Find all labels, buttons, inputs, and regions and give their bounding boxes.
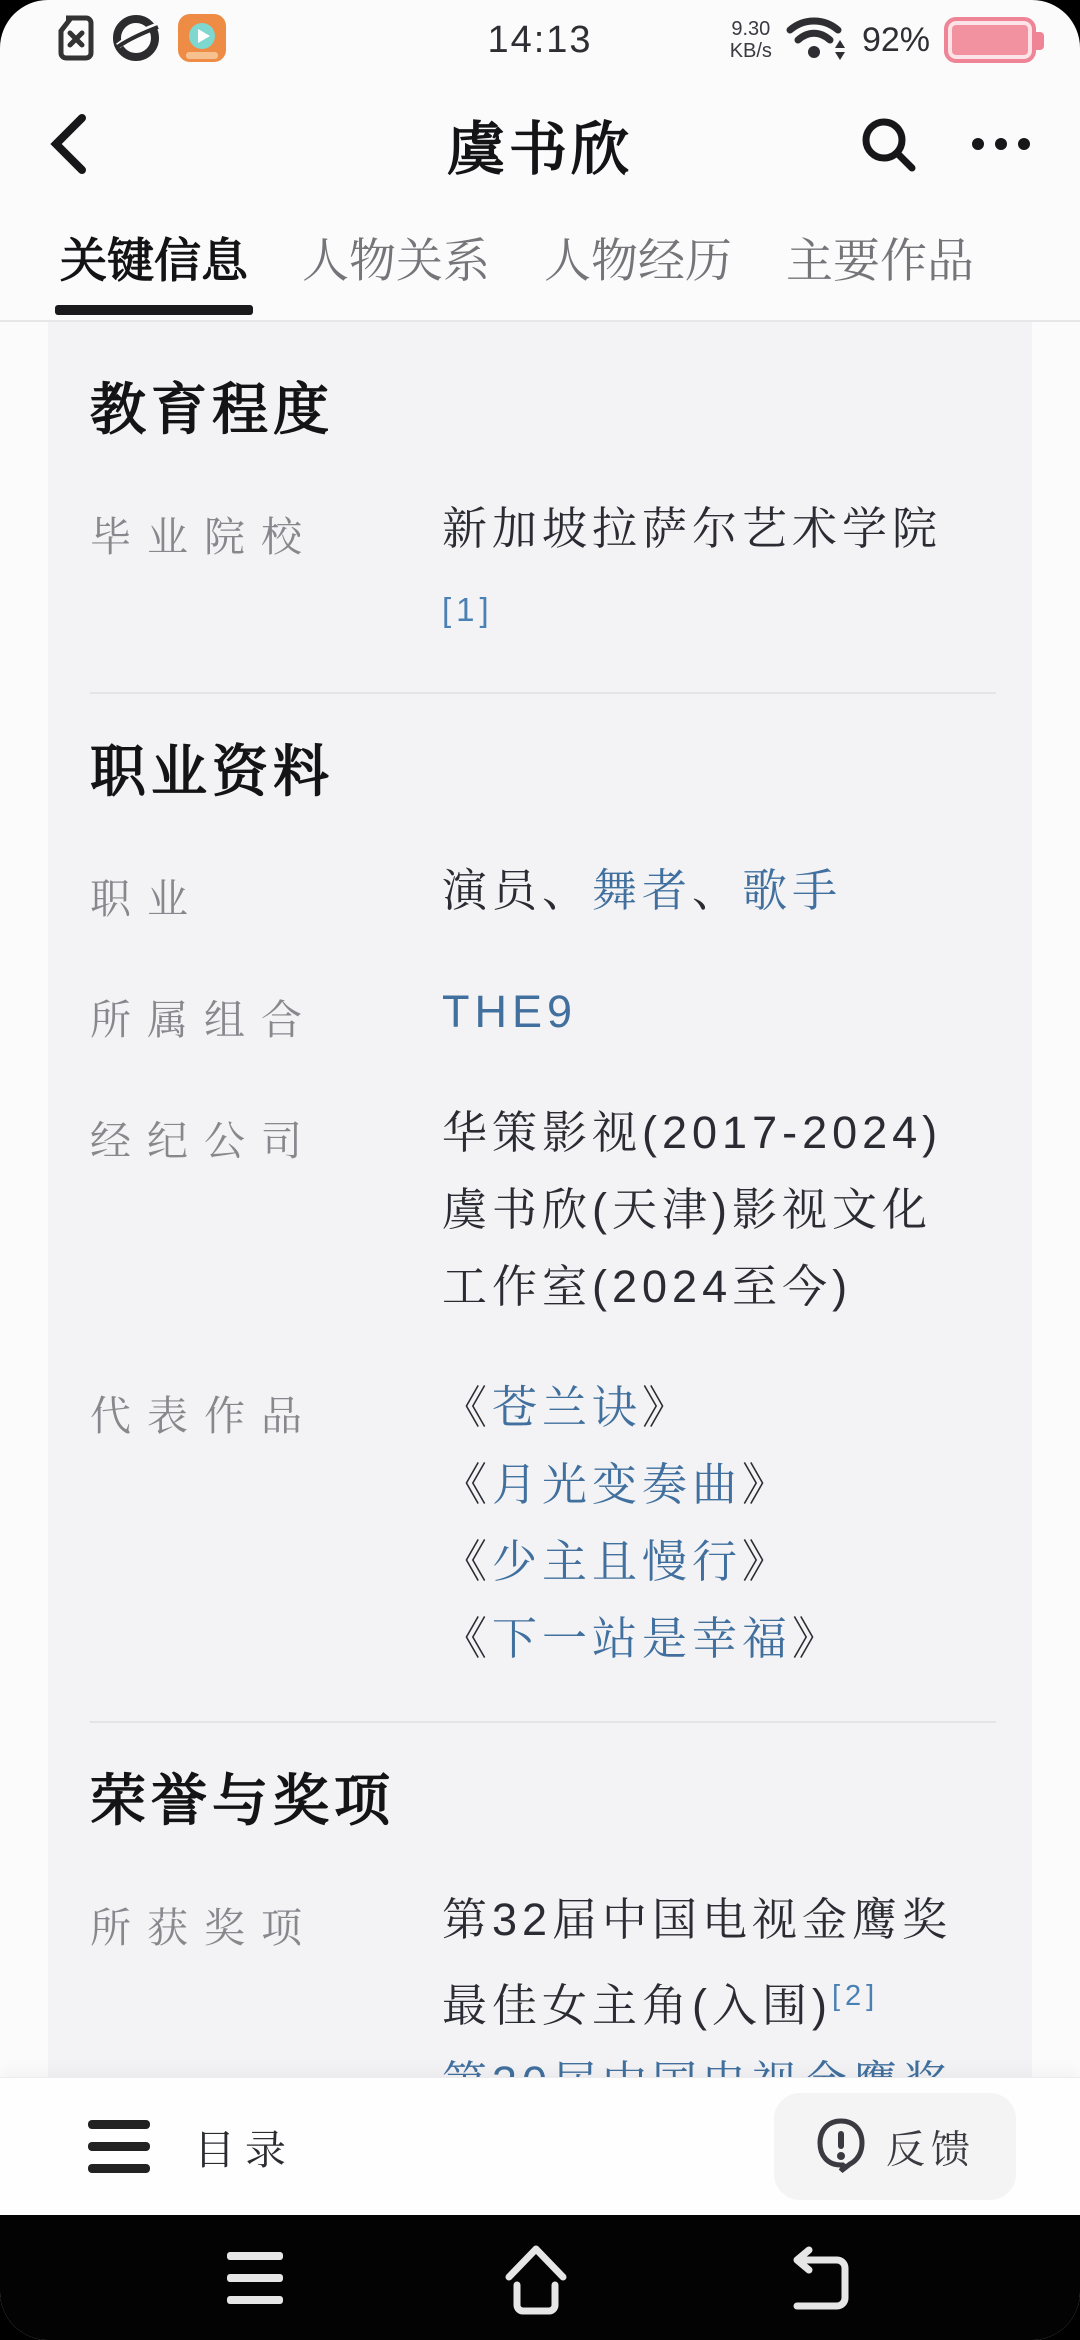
value-text: 》 [742,1459,792,1510]
value-text: 《 [442,1382,492,1433]
value-text: 虞书欣(天津)影视文化 [442,1184,932,1235]
toc-button[interactable]: 目录 [88,2117,296,2176]
row-label: 代表作品 [90,1369,442,1677]
value-text: 》 [642,1382,692,1433]
info-row: 所属组合THE9 [90,973,996,1050]
value-link[interactable]: 舞者 [592,865,692,916]
home-button[interactable] [497,2237,575,2319]
info-row: 职业演员、舞者、歌手 [90,852,996,929]
value-line: 新加坡拉萨尔艺术学院 [442,490,996,567]
tab-bar: 关键信息人物关系人物经历主要作品 [0,218,1080,322]
status-time: 14:13 [0,19,1080,62]
value-line: 《苍兰诀》 [442,1369,996,1446]
value-line: 《月光变奏曲》 [442,1446,996,1523]
row-value: 《苍兰诀》《月光变奏曲》《少主且慢行》《下一站是幸福》 [442,1369,996,1677]
value-text: 最佳女主角(入围) [442,1980,832,2031]
value-line: 《下一站是幸福》 [442,1600,996,1677]
tab-label: 主要作品 [786,224,974,291]
info-row: 毕业院校新加坡拉萨尔艺术学院[1] [90,490,996,648]
value-text: 、 [542,865,592,916]
tab-underline [55,305,252,315]
tab-label: 关键信息 [60,224,248,291]
row-label: 所获奖项 [90,1881,442,2077]
android-nav-bar [0,2215,1080,2340]
tab-underline [297,305,494,315]
value-text: 》 [742,1536,792,1587]
bottom-toolbar: 目录 反馈 [0,2077,1080,2215]
value-link[interactable]: 第30届中国电视金鹰奖 [442,2057,952,2077]
toc-menu-icon [88,2120,150,2173]
row-label: 毕业院校 [90,490,442,648]
key-info-card: 教育程度毕业院校新加坡拉萨尔艺术学院[1]职业资料职业演员、舞者、歌手所属组合T… [48,322,1032,2077]
recents-button[interactable] [227,2252,283,2304]
row-value: 新加坡拉萨尔艺术学院[1] [442,490,996,648]
info-section: 荣誉与奖项所获奖项第32届中国电视金鹰奖最佳女主角(入围)[2]第30届中国电视… [90,1721,996,2077]
battery-icon [944,17,1036,63]
value-text: 《 [442,1536,492,1587]
back-nav-icon [789,2242,853,2314]
value-line: THE9 [442,973,996,1050]
info-row: 经纪公司华策影视(2017-2024)虞书欣(天津)影视文化工作室(2024至今… [90,1094,996,1325]
info-row: 所获奖项第32届中国电视金鹰奖最佳女主角(入围)[2]第30届中国电视金鹰奖“观… [90,1881,996,2077]
value-line: 虞书欣(天津)影视文化 [442,1171,996,1248]
value-text: 《 [442,1613,492,1664]
row-value: 演员、舞者、歌手 [442,852,996,929]
value-link[interactable]: 苍兰诀 [492,1382,642,1433]
content-area: 教育程度毕业院校新加坡拉萨尔艺术学院[1]职业资料职业演员、舞者、歌手所属组合T… [0,322,1080,2077]
value-line: 第30届中国电视金鹰奖 [442,2044,996,2077]
recents-menu-icon [227,2252,283,2304]
status-bar: 14:13 9.30 KB/s 92% [0,0,1080,70]
row-label: 经纪公司 [90,1094,442,1325]
value-line: 工作室(2024至今) [442,1248,996,1325]
phone-screen: 14:13 9.30 KB/s 92% 虞书欣 关键信息 [0,0,1080,2340]
value-text: 华策影视(2017-2024) [442,1107,942,1158]
toc-label: 目录 [194,2117,296,2176]
section-title: 教育程度 [90,366,996,446]
tab-2[interactable]: 人物经历 [544,224,732,315]
tab-underline [781,305,978,315]
value-text: 第32届中国电视金鹰奖 [442,1894,952,1945]
value-link[interactable]: 少主且慢行 [492,1536,742,1587]
search-button[interactable] [858,114,918,174]
row-label: 所属组合 [90,973,442,1050]
value-text: 、 [692,865,742,916]
back-nav-button[interactable] [789,2242,853,2314]
feedback-label: 反馈 [886,2119,976,2175]
feedback-alert-icon [814,2117,868,2176]
tab-1[interactable]: 人物关系 [302,224,490,315]
row-value: 华策影视(2017-2024)虞书欣(天津)影视文化工作室(2024至今) [442,1094,996,1325]
tab-label: 人物关系 [302,224,490,291]
value-text: 新加坡拉萨尔艺术学院 [442,503,942,554]
tab-3[interactable]: 主要作品 [786,224,974,315]
app-nav-bar: 虞书欣 [0,70,1080,218]
home-icon [497,2237,575,2319]
section-title: 职业资料 [90,728,996,808]
info-section: 教育程度毕业院校新加坡拉萨尔艺术学院[1] [90,332,996,648]
value-link[interactable]: 下一站是幸福 [492,1613,792,1664]
tab-underline [539,305,736,315]
value-line: 第32届中国电视金鹰奖 [442,1881,996,1958]
section-title: 荣誉与奖项 [90,1757,996,1837]
value-link[interactable]: 歌手 [742,865,842,916]
value-link[interactable]: 月光变奏曲 [492,1459,742,1510]
value-line: [1] [442,567,996,648]
more-button[interactable] [968,134,1034,154]
value-line: 最佳女主角(入围)[2] [442,1958,996,2044]
value-text: 工作室(2024至今) [442,1261,852,1312]
reference-link[interactable]: [1] [442,591,494,628]
value-text: 》 [792,1613,842,1664]
reference-link[interactable]: [2] [832,1980,879,2012]
row-value: THE9 [442,973,996,1050]
info-row: 代表作品《苍兰诀》《月光变奏曲》《少主且慢行》《下一站是幸福》 [90,1369,996,1677]
value-line: 演员、舞者、歌手 [442,852,996,929]
value-text: 《 [442,1459,492,1510]
tab-label: 人物经历 [544,224,732,291]
tab-0[interactable]: 关键信息 [60,224,248,315]
value-line: 《少主且慢行》 [442,1523,996,1600]
value-link[interactable]: THE9 [442,986,577,1037]
info-section: 职业资料职业演员、舞者、歌手所属组合THE9经纪公司华策影视(2017-2024… [90,692,996,1677]
row-value: 第32届中国电视金鹰奖最佳女主角(入围)[2]第30届中国电视金鹰奖“观众喜欢的… [442,1881,996,2077]
row-label: 职业 [90,852,442,929]
value-line: 华策影视(2017-2024) [442,1094,996,1171]
feedback-button[interactable]: 反馈 [774,2093,1016,2200]
value-text: 演员 [442,865,542,916]
